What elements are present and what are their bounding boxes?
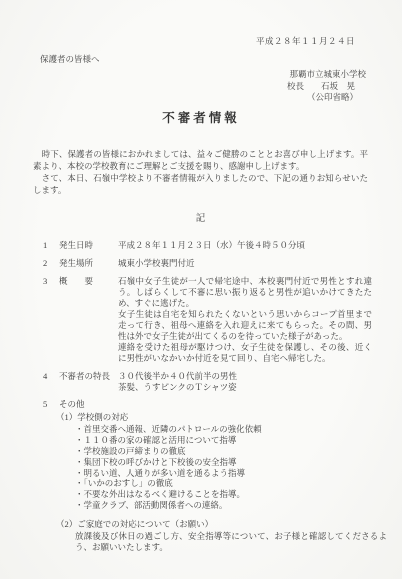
item-label: 発生日時 [59,240,118,251]
item-row-occurrence-location: 2 発生場所 城東小学校裏門付近 [43,258,372,269]
bullet-item: ・明るい道、人通りが多い道を通るよう指導 [75,468,382,479]
bullet-item: ・１１０番の家の確認と活用について指導 [75,435,382,446]
school-response-list: ・首里交番へ通報、近隣のパトロールの強化依頼 ・１１０番の家の確認と活用について… [75,424,382,510]
item-row-occurrence-datetime: 1 発生日時 平成２８年１１月２３日（水）午後４時５０分頃 [43,240,372,251]
intro-section: 時下、保護者の皆様におかれましては、益々ご健勝のこととお喜び申し上げます。平素よ… [33,148,368,197]
item-label: 発生場所 [59,258,118,269]
bullet-item: ・不要な外出はなるべく避けることを指導。 [75,489,382,500]
bullet-item: ・「いかのおすし」の徹底 [75,478,382,489]
intro-paragraph-2: さて、本日、石嶺中学校より不審者情報が入りましたので、下記の通りお知らせいたしま… [33,172,368,196]
item-number: 5 [43,399,59,410]
document-page: 平成２８年１１月２４日 保護者の皆様へ 那覇市立城東小学校 校長 石坂 晃 （公… [0,0,402,579]
item-row-suspect-features: 4 不審者の特長 ３０代後半か４０代前半の男性 茶髪、うすピンクのＴシャツ姿 [43,371,372,393]
numbered-items: 1 発生日時 平成２８年１１月２３日（水）午後４時５０分頃 2 発生場所 城東小… [43,240,372,393]
record-marker: 記 [0,213,402,226]
intro-paragraph-1: 時下、保護者の皆様におかれましては、益々ご健勝のこととお喜び申し上げます。平素よ… [33,148,368,172]
home-response-heading: （2）ご家庭での対応について（お願い） [56,519,382,530]
item-number: 1 [43,240,59,251]
recipient-line: 保護者の皆様へ [0,54,402,65]
item-number: 3 [43,276,59,364]
sender-block: 那覇市立城東小学校 校長 石坂 晃 （公印省略） [0,69,402,104]
issue-date: 平成２８年１１月２４日 [0,36,402,47]
home-response-text: 放課後及び休日の過ごし方、安全指導等について、お子様と確認してくださるよう、お願… [75,531,387,554]
item-value: 平成２８年１１月２３日（水）午後４時５０分頃 [118,240,372,251]
sender-principal: 校長 石坂 晃 [0,81,366,93]
bullet-item: ・集団下校の呼びかけと下校後の安全指導 [75,457,382,468]
seal-note: （公印省略） [0,92,366,104]
bullet-item: ・学校施設の戸締まりの徹底 [75,446,382,457]
item-value: ３０代後半か４０代前半の男性 茶髪、うすピンクのＴシャツ姿 [118,371,372,393]
item-label: 不審者の特長 [59,371,118,393]
bullet-item: ・首里交番へ通報、近隣のパトロールの強化依頼 [75,424,382,435]
school-response-heading: （1）学校側の対応 [56,412,382,423]
sender-school: 那覇市立城東小学校 [0,69,366,81]
section-other-heading: 5 その他 [43,399,382,410]
item-label: 概 要 [59,276,118,364]
item-row-summary: 3 概 要 石嶺中女子生徒が一人で帰宅途中、本校裏門付近で男性とすれ違う。しばら… [43,276,372,364]
item-value: 城東小学校裏門付近 [118,258,372,269]
item-label: その他 [59,399,85,410]
document-title: 不審者情報 [0,111,402,126]
item-number: 2 [43,258,59,269]
bullet-item: ・学童クラブ、部活動関係者への連絡。 [75,500,382,511]
item-number: 4 [43,371,59,393]
item-value: 石嶺中女子生徒が一人で帰宅途中、本校裏門付近で男性とすれ違う。しばらくして不審に… [118,276,372,364]
section-other: 5 その他 （1）学校側の対応 ・首里交番へ通報、近隣のパトロールの強化依頼 ・… [43,399,382,553]
